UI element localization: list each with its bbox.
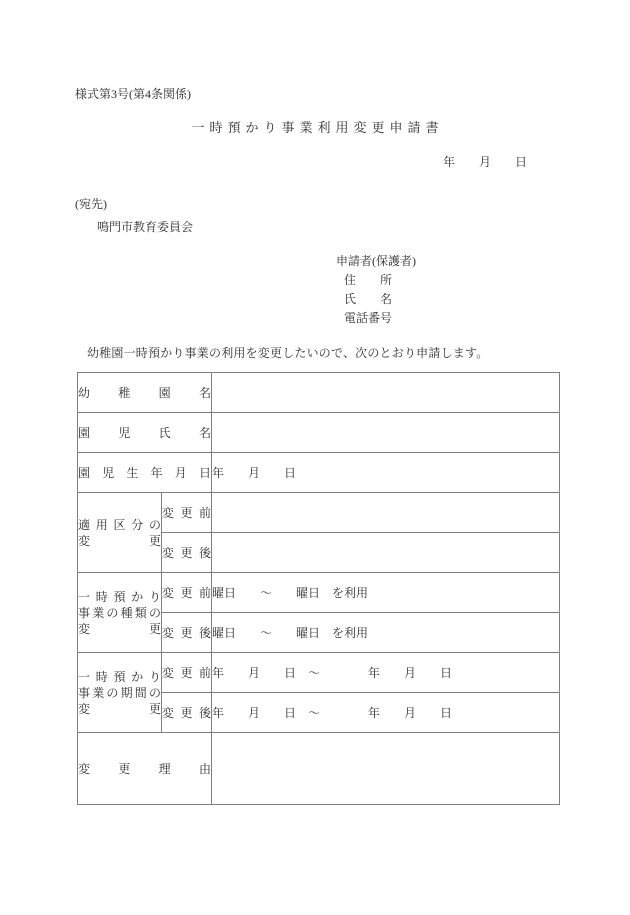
category-change-before-label: 変更前 [162,493,212,533]
type-change-label: 一時預かり事業の種類の変更 [78,573,162,653]
form-number-text: 様式第3号(第4条関係) [75,88,191,100]
date-blank-line: 年 月 日 [443,156,527,168]
row-change-reason: 変更理由 [78,733,560,805]
period-change-before-value: 年 月 日 ～ 年 月 日 [212,653,560,693]
category-change-label: 適用区分の変更 [78,493,162,573]
child-birthdate-value: 年 月 日 [212,453,560,493]
recipient-name: 鳴門市教育委員会 [97,221,193,233]
category-change-after-value [212,533,560,573]
row-child-name: 園児氏名 [78,413,560,453]
document-title: 一時預かり事業利用変更申請書 [0,121,630,134]
category-change-after-label: 変更後 [162,533,212,573]
applicant-heading: 申請者(保護者) [336,252,416,271]
row-child-birthdate: 園児生年月日 年 月 日 [78,453,560,493]
category-change-before-value [212,493,560,533]
row-period-change-before: 一時預かり事業の期間の変更 変更前 年 月 日 ～ 年 月 日 [78,653,560,693]
type-change-before-value: 曜日 ～ 曜日 を利用 [212,573,560,613]
applicant-address-label: 住 所 [344,271,416,290]
child-name-value [212,413,560,453]
row-kindergarten-name: 幼稚園名 [78,373,560,413]
type-change-after-value: 曜日 ～ 曜日 を利用 [212,613,560,653]
recipient-prefix: (宛先) [75,198,107,210]
application-table: 幼稚園名 園児氏名 園児生年月日 年 月 日 適用区分の変更 変更前 変更後 一… [77,372,560,805]
child-name-label: 園児氏名 [78,413,212,453]
document-page: 様式第3号(第4条関係) 一時預かり事業利用変更申請書 年 月 日 (宛先) 鳴… [0,0,630,915]
type-change-before-label: 変更前 [162,573,212,613]
row-category-change-before: 適用区分の変更 変更前 [78,493,560,533]
applicant-block: 申請者(保護者) 住 所 氏 名 電話番号 [336,252,416,328]
applicant-name-label: 氏 名 [344,290,416,309]
change-reason-label: 変更理由 [78,733,212,805]
type-change-after-label: 変更後 [162,613,212,653]
kindergarten-name-value [212,373,560,413]
period-change-after-label: 変更後 [162,693,212,733]
period-change-before-label: 変更前 [162,653,212,693]
row-type-change-before: 一時預かり事業の種類の変更 変更前 曜日 ～ 曜日 を利用 [78,573,560,613]
period-change-label: 一時預かり事業の期間の変更 [78,653,162,733]
period-change-after-value: 年 月 日 ～ 年 月 日 [212,693,560,733]
change-reason-value [212,733,560,805]
applicant-phone-label: 電話番号 [344,309,416,328]
intro-sentence: 幼稚園一時預かり事業の利用を変更したいので、次のとおり申請します。 [87,347,488,359]
child-birthdate-label: 園児生年月日 [78,453,212,493]
kindergarten-name-label: 幼稚園名 [78,373,212,413]
